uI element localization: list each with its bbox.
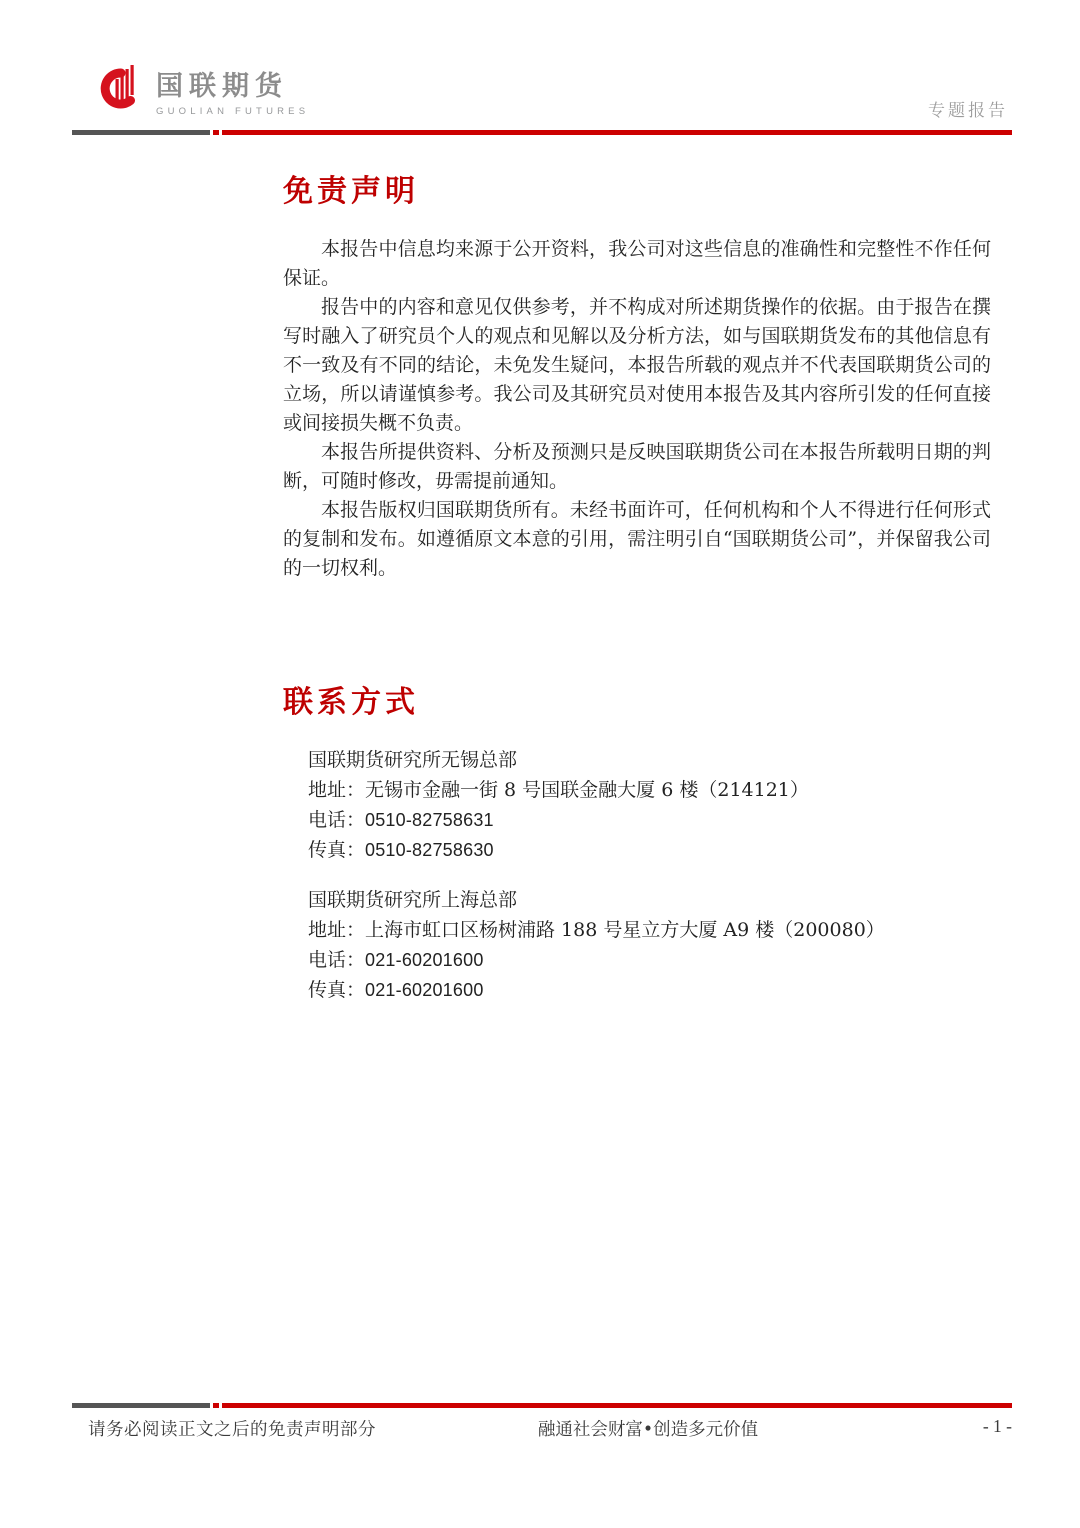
page-number: - 1 -: [983, 1416, 1012, 1437]
report-page: 国联期货 GUOLIAN FUTURES 专题报告 免责声明 本报告中信息均来源…: [0, 0, 1080, 1528]
fax-label: 传真：: [308, 979, 365, 1001]
office-fax-row: 传真：0510-82758630: [308, 835, 991, 865]
phone-label: 电话：: [308, 809, 365, 831]
office-address-row: 地址：上海市虹口区杨树浦路 188 号星立方大厦 A9 楼（200080）: [308, 915, 991, 945]
office-phone-row: 电话：0510-82758631: [308, 805, 991, 835]
fax-value: 0510-82758630: [365, 840, 494, 860]
footer-disclaimer-note: 请务必阅读正文之后的免责声明部分: [88, 1416, 376, 1441]
disclaimer-paragraph: 本报告中信息均来源于公开资料，我公司对这些信息的准确性和完整性不作任何保证。: [283, 235, 991, 293]
phone-value: 0510-82758631: [365, 810, 494, 830]
main-content: 免责声明 本报告中信息均来源于公开资料，我公司对这些信息的准确性和完整性不作任何…: [283, 176, 991, 1005]
footer-rule: [72, 1403, 1012, 1408]
header-logo: 国联期货 GUOLIAN FUTURES: [96, 64, 309, 117]
address-value: 无锡市金融一街 8 号国联金融大厦 6 楼（214121）: [365, 779, 809, 801]
brand-name: 国联期货: [156, 71, 288, 101]
office-fax-row: 传真：021-60201600: [308, 975, 991, 1005]
contact-title: 联系方式: [283, 687, 991, 719]
office-block-wuxi: 国联期货研究所无锡总部 地址：无锡市金融一街 8 号国联金融大厦 6 楼（214…: [308, 745, 991, 865]
disclaimer-paragraph: 报告中的内容和意见仅供参考，并不构成对所述期货操作的依据。由于报告在撰写时融入了…: [283, 293, 991, 438]
address-label: 地址：: [308, 919, 365, 941]
footer-rule-gray-segment: [72, 1403, 210, 1408]
footer-rule-red-segment: [222, 1403, 1012, 1408]
address-value: 上海市虹口区杨树浦路 188 号星立方大厦 A9 楼（200080）: [365, 919, 885, 941]
footer-slogan: 融通社会财富•创造多元价值: [538, 1416, 758, 1441]
phone-label: 电话：: [308, 949, 365, 971]
disclaimer-title: 免责声明: [283, 176, 991, 208]
header-rule-red-segment: [222, 130, 1012, 135]
office-phone-row: 电话：021-60201600: [308, 945, 991, 975]
address-label: 地址：: [308, 779, 365, 801]
brand-block: 国联期货 GUOLIAN FUTURES: [156, 64, 309, 117]
fax-label: 传真：: [308, 839, 365, 861]
phone-value: 021-60201600: [365, 950, 484, 970]
guolian-logo-icon: [96, 64, 140, 114]
office-address-row: 地址：无锡市金融一街 8 号国联金融大厦 6 楼（214121）: [308, 775, 991, 805]
brand-subtitle: GUOLIAN FUTURES: [156, 106, 309, 117]
footer: 请务必阅读正文之后的免责声明部分 融通社会财富•创造多元价值 - 1 -: [72, 1414, 1012, 1442]
disclaimer-paragraphs: 本报告中信息均来源于公开资料，我公司对这些信息的准确性和完整性不作任何保证。 报…: [283, 235, 991, 583]
report-type-label: 专题报告: [928, 96, 1008, 121]
disclaimer-paragraph: 本报告版权归国联期货所有。未经书面许可，任何机构和个人不得进行任何形式的复制和发…: [283, 496, 991, 583]
disclaimer-paragraph: 本报告所提供资料、分析及预测只是反映国联期货公司在本报告所载明日期的判断，可随时…: [283, 438, 991, 496]
office-block-shanghai: 国联期货研究所上海总部 地址：上海市虹口区杨树浦路 188 号星立方大厦 A9 …: [308, 885, 991, 1005]
office-name: 国联期货研究所无锡总部: [308, 745, 991, 775]
header-rule-gray-segment: [72, 130, 210, 135]
contact-offices: 国联期货研究所无锡总部 地址：无锡市金融一街 8 号国联金融大厦 6 楼（214…: [308, 745, 991, 1005]
office-gap: [308, 865, 991, 885]
fax-value: 021-60201600: [365, 980, 484, 1000]
office-name: 国联期货研究所上海总部: [308, 885, 991, 915]
header-rule: [72, 130, 1012, 135]
